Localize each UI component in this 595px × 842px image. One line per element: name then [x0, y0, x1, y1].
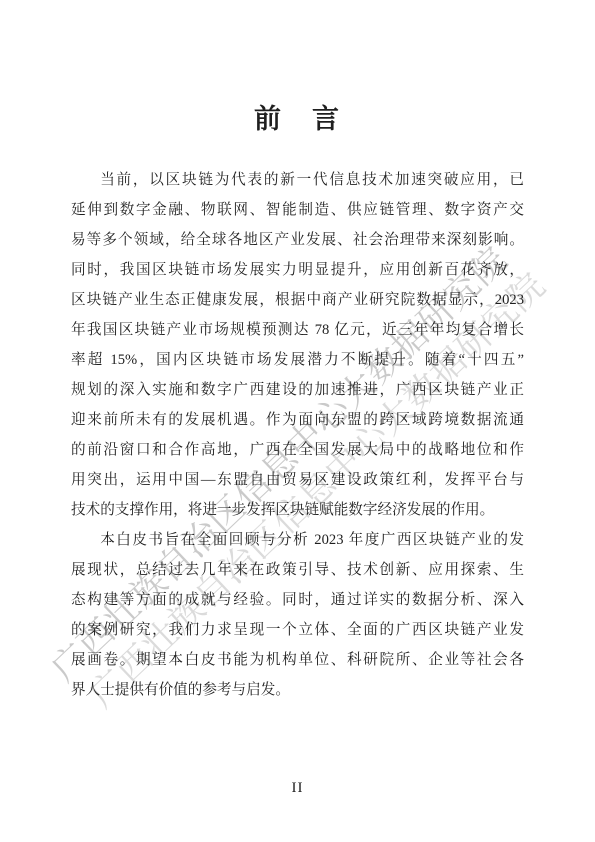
text-line: 年我国区块链产业市场规模预测达 78 亿元，近三年年均复合增长 [71, 315, 524, 345]
page-title: 前 言 [0, 97, 595, 136]
text-line: 同时，我国区块链市场发展实力明显提升，应用创新百花齐放， [71, 255, 524, 285]
text-line: 技术的支撑作用，将进一步发挥区块链赋能数字经济发展的作用。 [71, 495, 524, 525]
page-number: II [0, 780, 595, 797]
text-line: 界人士提供有价值的参考与启发。 [71, 675, 524, 705]
text-line: 态构建等方面的成就与经验。同时，通过详实的数据分析、深入 [71, 585, 524, 615]
text-line: 展画卷。期望本白皮书能为机构单位、科研院所、企业等社会各 [71, 645, 524, 675]
text-line: 用突出，运用中国—东盟自由贸易区建设政策红利，发挥平台与 [71, 465, 524, 495]
text-line: 本白皮书旨在全面回顾与分析 2023 年度广西区块链产业的发 [71, 525, 524, 555]
text-line: 展现状，总结过去几年来在政策引导、技术创新、应用探索、生 [71, 555, 524, 585]
text-line: 的前沿窗口和合作高地，广西在全国发展大局中的战略地位和作 [71, 435, 524, 465]
paragraph-1: 当前，以区块链为代表的新一代信息技术加速突破应用，已延伸到数字金融、物联网、智能… [71, 165, 524, 525]
text-line: 当前，以区块链为代表的新一代信息技术加速突破应用，已 [71, 165, 524, 195]
text-line: 易等多个领域，给全球各地区产业发展、社会治理带来深刻影响。 [71, 225, 524, 255]
body-text: 当前，以区块链为代表的新一代信息技术加速突破应用，已延伸到数字金融、物联网、智能… [71, 165, 524, 705]
paragraph-2: 本白皮书旨在全面回顾与分析 2023 年度广西区块链产业的发展现状，总结过去几年… [71, 525, 524, 705]
text-line: 率超 15%，国内区块链市场发展潜力不断提升。随着“十四五” [71, 345, 524, 375]
text-line: 区块链产业生态正健康发展，根据中商产业研究院数据显示，2023 [71, 285, 524, 315]
text-line: 迎来前所未有的发展机遇。作为面向东盟的跨区域跨境数据流通 [71, 405, 524, 435]
text-line: 的案例研究，我们力求呈现一个立体、全面的广西区块链产业发 [71, 615, 524, 645]
text-line: 规划的深入实施和数字广西建设的加速推进，广西区块链产业正 [71, 375, 524, 405]
text-line: 延伸到数字金融、物联网、智能制造、供应链管理、数字资产交 [71, 195, 524, 225]
document-page: 广西壮族自治区信息中心大数据研究院 广西壮族自治区信息中心大数据研究院 前 言 … [0, 0, 595, 842]
